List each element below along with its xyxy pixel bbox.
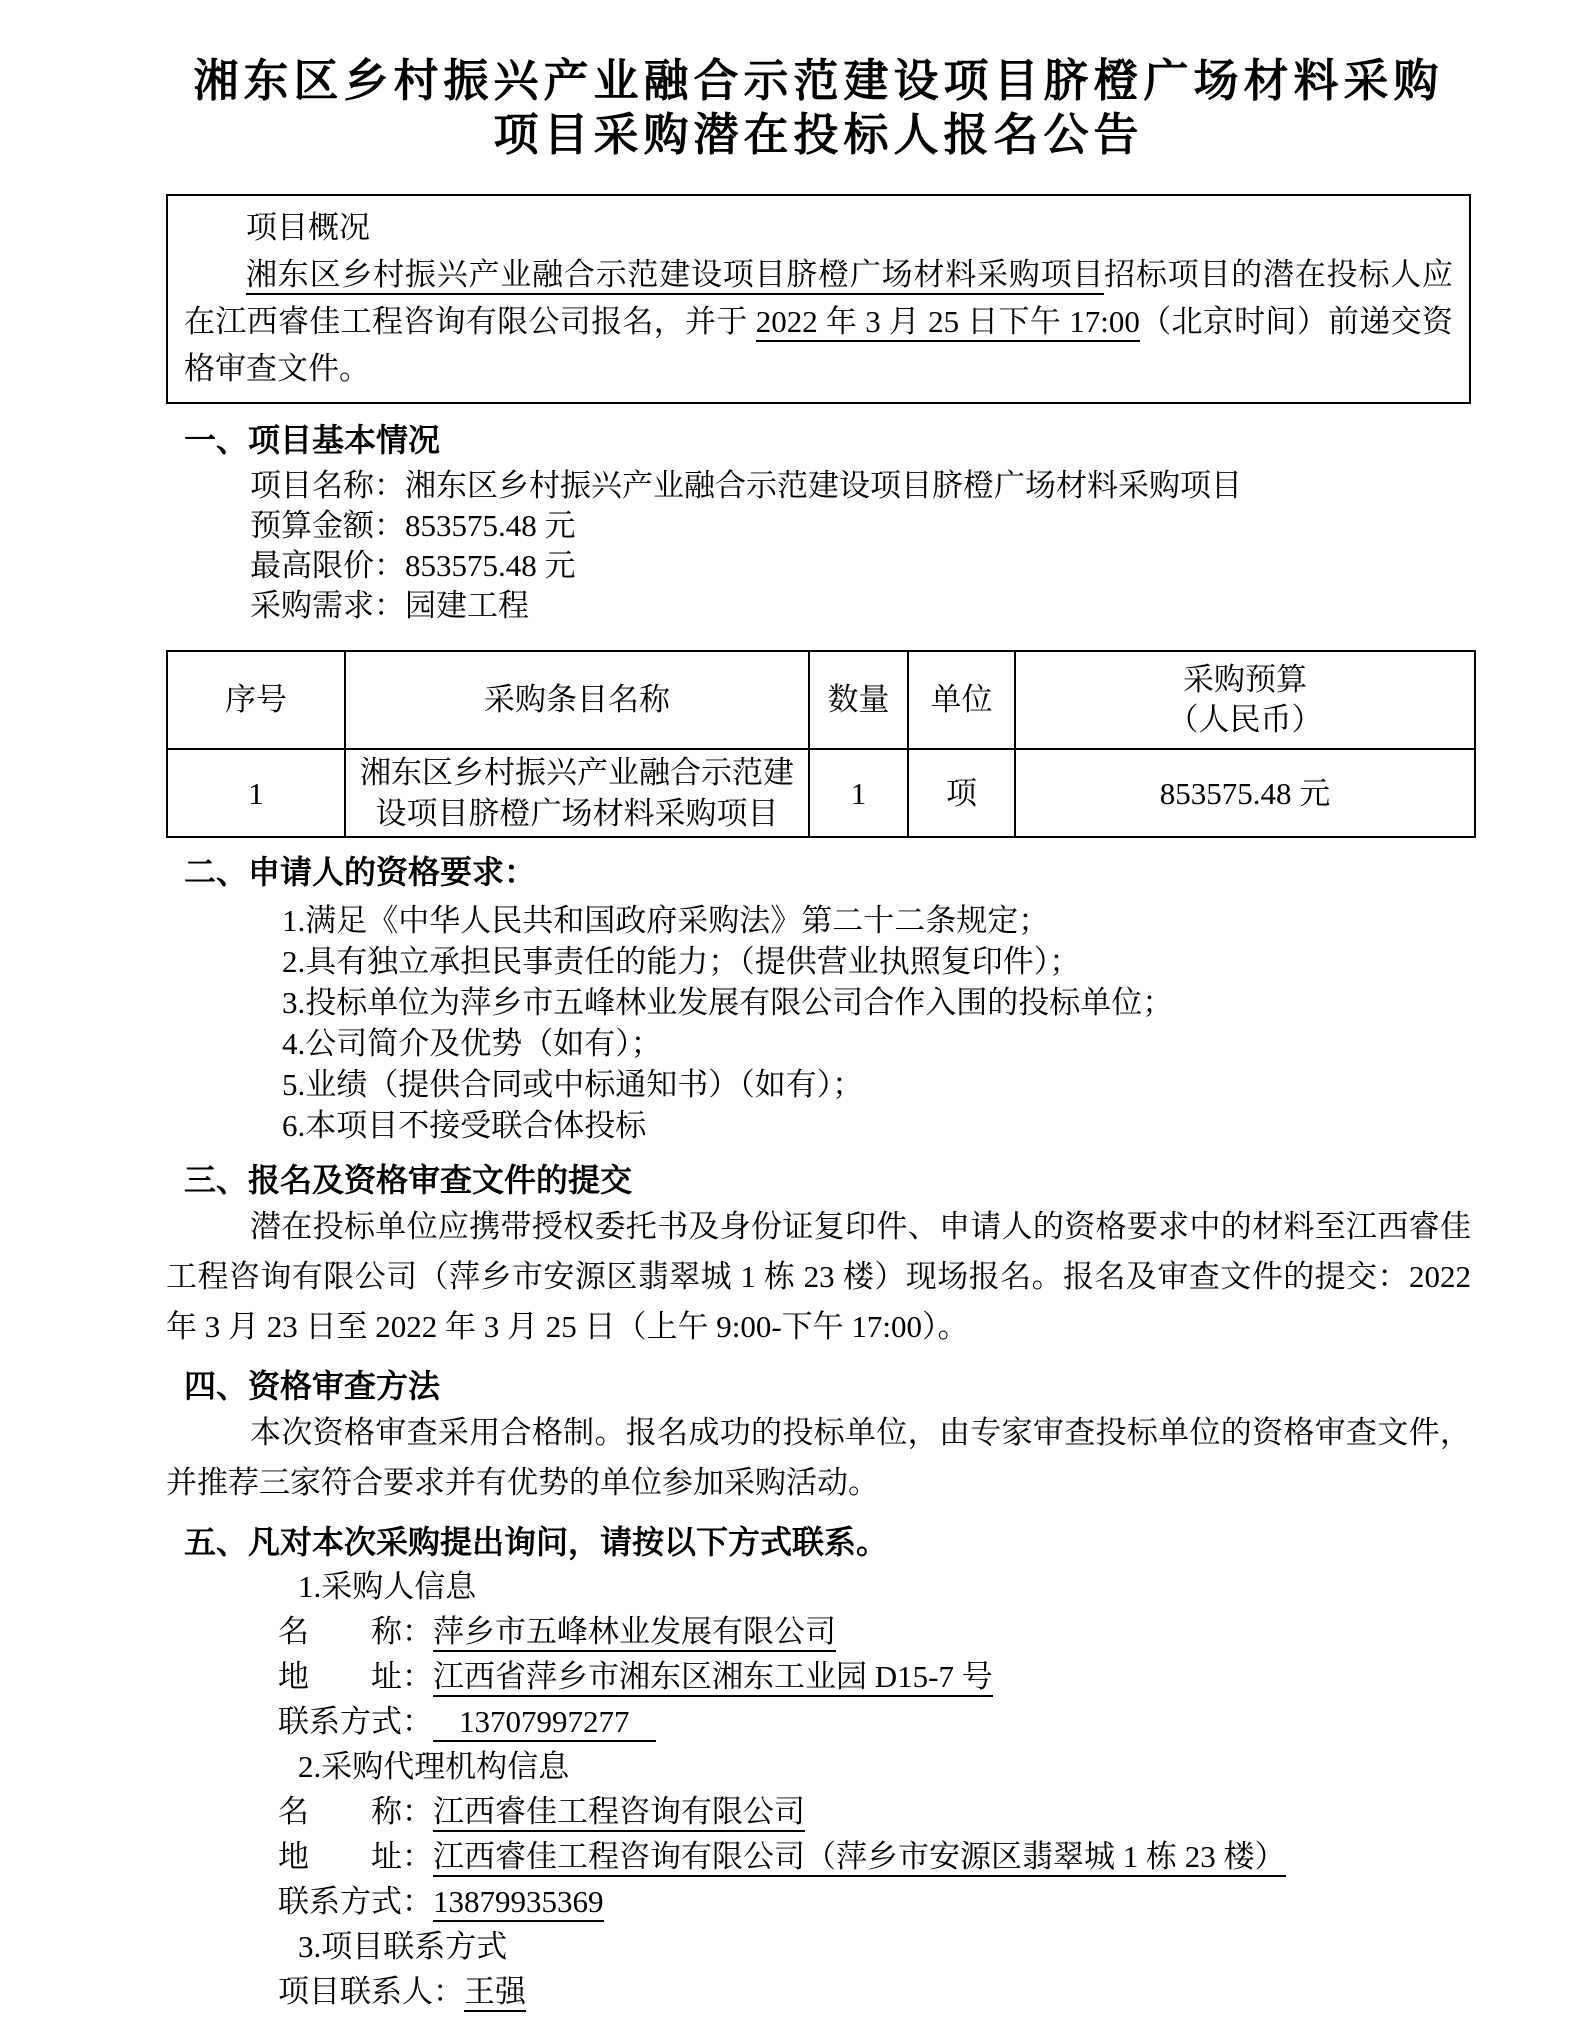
- project-contact-title: 3.项目联系方式: [298, 1924, 1471, 1969]
- table-row: 1 湘东区乡村振兴产业融合示范建设项目脐橙广场材料采购项目 1 项 853575…: [167, 749, 1475, 837]
- agency-address-label: 地 址：: [278, 1839, 433, 1874]
- agency-name-value: 江西睿佳工程咨询有限公司: [433, 1794, 805, 1832]
- document-page: 湘东区乡村振兴产业融合示范建设项目脐橙广场材料采购项目采购潜在投标人报名公告 项…: [0, 0, 1587, 2018]
- requirement-item-6: 6.本项目不接受联合体投标: [282, 1105, 1471, 1146]
- cell-quantity: 1: [809, 749, 908, 837]
- project-overview-box: 项目概况 湘东区乡村振兴产业融合示范建设项目脐橙广场材料采购项目招标项目的潜在投…: [166, 194, 1471, 404]
- project-contact-value: 王强: [464, 1974, 526, 2012]
- buyer-info-title: 1.采购人信息: [298, 1564, 1471, 1609]
- agency-address-line: 地 址：江西睿佳工程咨询有限公司（萍乡市安源区翡翠城 1 栋 23 楼）: [278, 1834, 1471, 1879]
- budget-amount-line: 预算金额：853575.48 元: [250, 506, 1471, 546]
- cell-item-name: 湘东区乡村振兴产业融合示范建设项目脐橙广场材料采购项目: [345, 749, 809, 837]
- agency-phone-label: 联系方式：: [278, 1884, 433, 1919]
- project-name-line: 项目名称：湘东区乡村振兴产业融合示范建设项目脐橙广场材料采购项目: [250, 466, 1471, 506]
- col-header-item-name: 采购条目名称: [345, 651, 809, 749]
- page-title-line1: 湘东区乡村振兴产业融合示范建设项目脐橙广场材料采购: [193, 56, 1443, 106]
- page-title: 湘东区乡村振兴产业融合示范建设项目脐橙广场材料采购项目采购潜在投标人报名公告: [166, 54, 1471, 162]
- buyer-phone-label: 联系方式：: [278, 1704, 433, 1739]
- overview-paragraph: 湘东区乡村振兴产业融合示范建设项目脐橙广场材料采购项目招标项目的潜在投标人应在江…: [184, 251, 1453, 392]
- agency-name-line: 名 称：江西睿佳工程咨询有限公司: [278, 1789, 1471, 1834]
- project-contact-line: 项目联系人：王强: [278, 1969, 1471, 2014]
- buyer-name-value: 萍乡市五峰林业发展有限公司: [433, 1614, 836, 1652]
- section1-heading: 一、项目基本情况: [184, 418, 1471, 462]
- section4-paragraph: 本次资格审查采用合格制。报名成功的投标单位，由专家审查投标单位的资格审查文件，并…: [166, 1408, 1471, 1508]
- table-header-row: 序号 采购条目名称 数量 单位 采购预算 （人民币）: [167, 651, 1475, 749]
- requirement-item-5: 5.业绩（提供合同或中标通知书）（如有）；: [282, 1064, 1471, 1105]
- page-title-line2: 项目采购潜在投标人报名公告: [493, 110, 1143, 160]
- buyer-phone-value: 13707997277: [433, 1704, 656, 1742]
- procurement-demand-line: 采购需求：园建工程: [250, 586, 1471, 626]
- agency-name-label: 名 称：: [278, 1794, 433, 1829]
- agency-info-title: 2.采购代理机构信息: [298, 1744, 1471, 1789]
- buyer-name-label: 名 称：: [278, 1614, 433, 1649]
- section4-heading: 四、资格审查方法: [184, 1364, 1471, 1408]
- cell-budget: 853575.48 元: [1015, 749, 1475, 837]
- overview-project-name: 湘东区乡村振兴产业融合示范建设项目脐橙广场材料采购项目: [246, 257, 1104, 295]
- max-price-line: 最高限价：853575.48 元: [250, 546, 1471, 586]
- buyer-name-line: 名 称：萍乡市五峰林业发展有限公司: [278, 1609, 1471, 1654]
- section3-heading: 三、报名及资格审查文件的提交: [184, 1158, 1471, 1202]
- col-header-seq: 序号: [167, 651, 345, 749]
- section5-heading: 五、凡对本次采购提出询问，请按以下方式联系。: [184, 1520, 1471, 1564]
- requirement-item-1: 1.满足《中华人民共和国政府采购法》第二十二条规定；: [282, 900, 1471, 941]
- buyer-address-line: 地 址：江西省萍乡市湘东区湘东工业园 D15-7 号: [278, 1654, 1471, 1699]
- overview-deadline: 2022 年 3 月 25 日下午 17:00: [756, 304, 1140, 342]
- overview-heading: 项目概况: [184, 204, 1453, 251]
- buyer-phone-line: 联系方式：13707997277: [278, 1699, 1471, 1744]
- buyer-address-label: 地 址：: [278, 1659, 433, 1694]
- cell-seq: 1: [167, 749, 345, 837]
- agency-phone-value: 13879935369: [433, 1884, 604, 1922]
- agency-phone-line: 联系方式：13879935369: [278, 1879, 1471, 1924]
- cell-unit: 项: [908, 749, 1015, 837]
- requirement-item-3: 3.投标单位为萍乡市五峰林业发展有限公司合作入围的投标单位；: [282, 982, 1471, 1023]
- requirement-item-2: 2.具有独立承担民事责任的能力；（提供营业执照复印件）；: [282, 941, 1471, 982]
- agency-address-value: 江西睿佳工程咨询有限公司（萍乡市安源区翡翠城 1 栋 23 楼）: [433, 1839, 1286, 1877]
- project-contact-label: 项目联系人：: [278, 1974, 464, 2009]
- procurement-items-table: 序号 采购条目名称 数量 单位 采购预算 （人民币） 1 湘东区乡村振兴产业融合…: [166, 650, 1476, 838]
- section3-paragraph: 潜在投标单位应携带授权委托书及身份证复印件、申请人的资格要求中的材料至江西睿佳工…: [166, 1202, 1471, 1352]
- section2-heading: 二、申请人的资格要求：: [184, 850, 1471, 894]
- requirement-item-4: 4.公司简介及优势（如有）；: [282, 1023, 1471, 1064]
- buyer-address-value: 江西省萍乡市湘东区湘东工业园 D15-7 号: [433, 1659, 993, 1697]
- col-header-budget: 采购预算 （人民币）: [1015, 651, 1475, 749]
- col-header-unit: 单位: [908, 651, 1015, 749]
- col-header-quantity: 数量: [809, 651, 908, 749]
